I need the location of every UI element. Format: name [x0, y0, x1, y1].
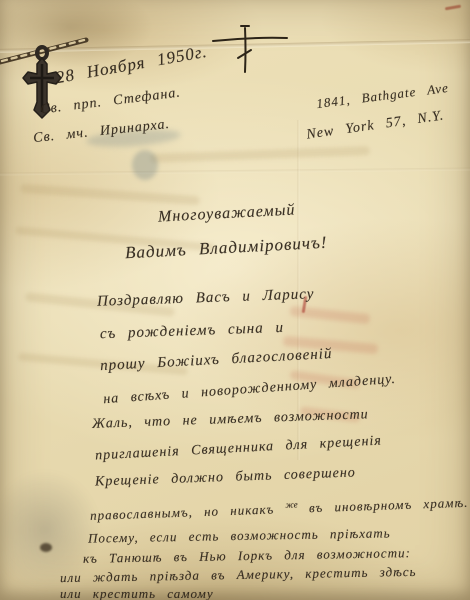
inserted-word: же — [285, 499, 298, 509]
body-line: или крестить самому — [60, 586, 214, 600]
letter-scan: 28 Ноября 1950г. Св. прп. Стефана. Св. м… — [0, 0, 470, 600]
hand-drawn-cross-icon — [205, 20, 295, 90]
